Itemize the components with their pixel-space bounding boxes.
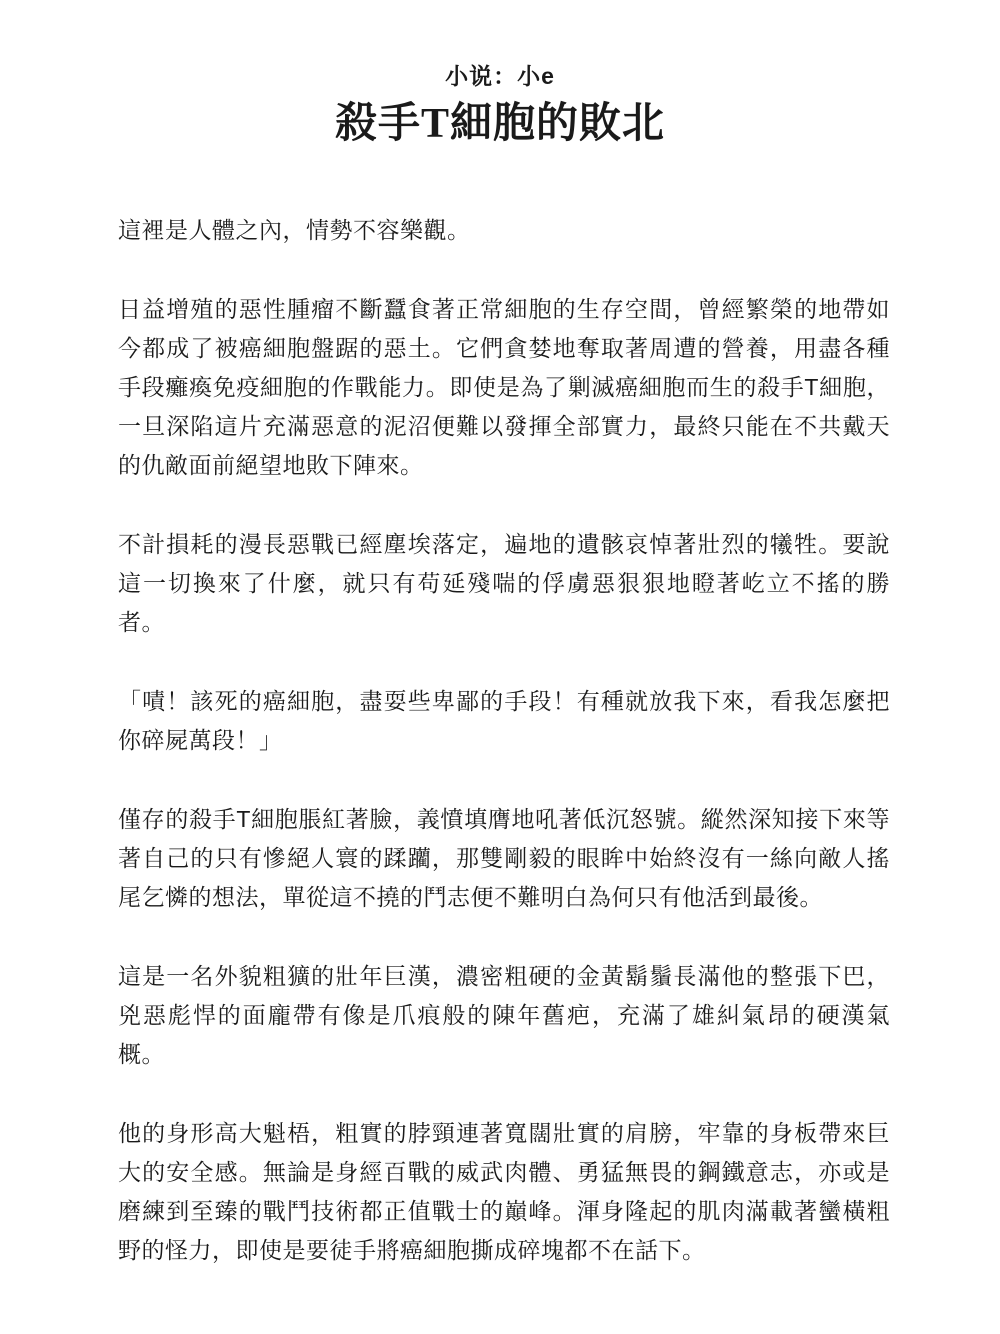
paragraph: 日益增殖的惡性腫瘤不斷蠶食著正常細胞的生存空間，曾經繁榮的地帶如今都成了被癌細胞… [118, 290, 890, 485]
author-line: 小说：小e [0, 62, 1000, 90]
paragraph: 不計損耗的漫長惡戰已經塵埃落定，遍地的遺骸哀悼著壯烈的犧牲。要說這一切換來了什麼… [118, 525, 890, 642]
document-body: 這裡是人體之內，情勢不容樂觀。日益增殖的惡性腫瘤不斷蠶食著正常細胞的生存空間，曾… [118, 211, 890, 1270]
paragraph: 「嘖！該死的癌細胞，盡耍些卑鄙的手段！有種就放我下來，看我怎麼把你碎屍萬段！」 [118, 682, 890, 760]
page-title: 殺手T細胞的敗北 [0, 99, 1000, 149]
document-header: 小说：小e 殺手T細胞的敗北 [0, 0, 1000, 149]
paragraph: 這裡是人體之內，情勢不容樂觀。 [118, 211, 890, 250]
paragraph: 這是一名外貌粗獷的壯年巨漢，濃密粗硬的金黃鬍鬚長滿他的整張下巴，兇惡彪悍的面龐帶… [118, 957, 890, 1074]
paragraph: 他的身形高大魁梧，粗實的脖頸連著寬闊壯實的肩膀，牢靠的身板帶來巨大的安全感。無論… [118, 1114, 890, 1270]
paragraph: 僅存的殺手T細胞脹紅著臉，義憤填膺地吼著低沉怒號。縱然深知接下來等著自己的只有慘… [118, 800, 890, 917]
document-page: 小说：小e 殺手T細胞的敗北 這裡是人體之內，情勢不容樂觀。日益增殖的惡性腫瘤不… [0, 0, 1000, 1334]
